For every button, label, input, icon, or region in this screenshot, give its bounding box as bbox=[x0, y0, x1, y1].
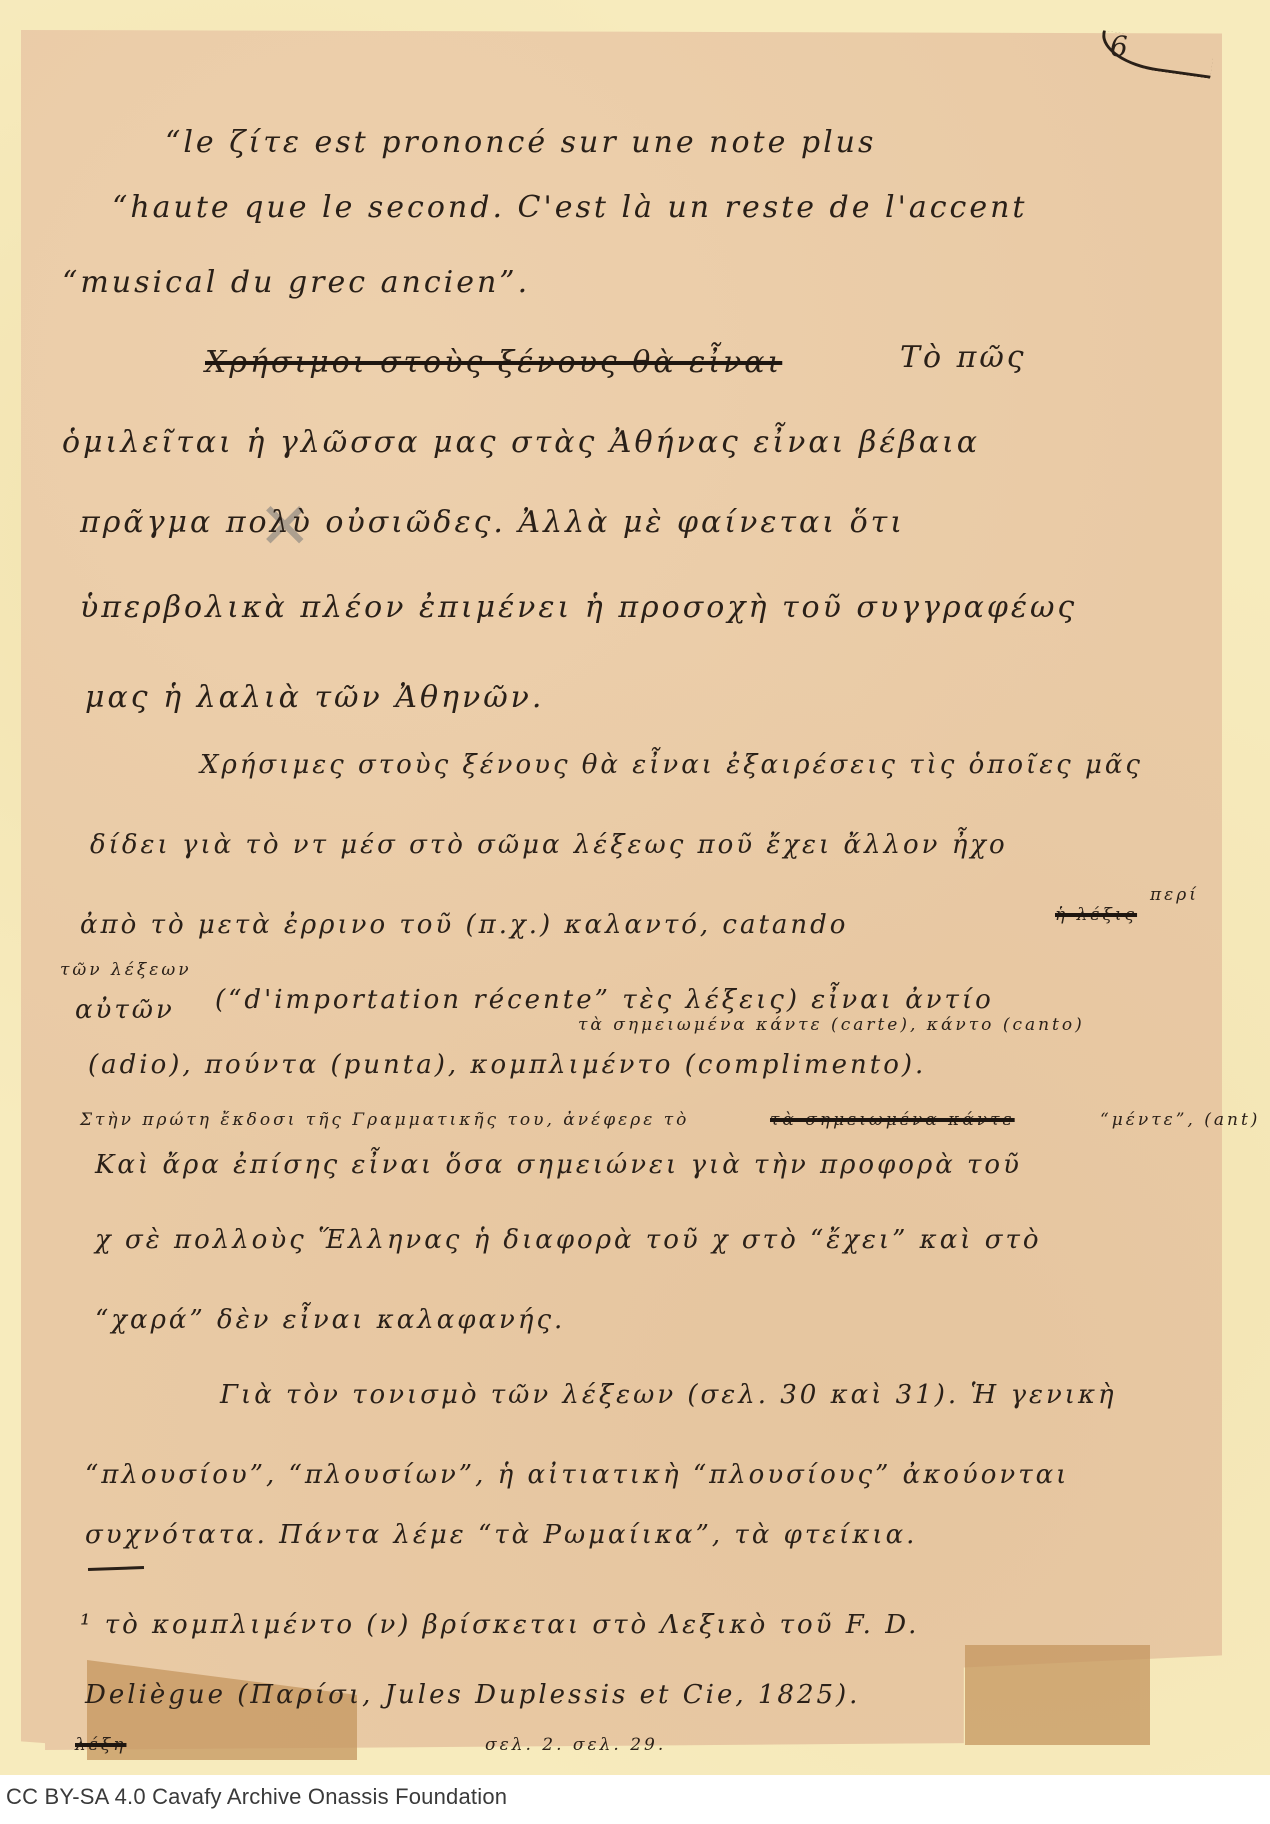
handwritten-line: δίδει γιὰ τὸ ντ μέσ στὸ σῶμα λέξεως ποῦ … bbox=[90, 830, 1008, 860]
handwritten-line: πρᾶγμα πολὺ οὐσιῶδες. Ἀλλὰ μὲ φαίνεται ὅ… bbox=[80, 505, 905, 540]
handwritten-line: τὰ σημειωμένα κάντε (carte), κάντο (cant… bbox=[578, 1015, 1085, 1035]
handwritten-line: μας ἡ λαλιὰ τῶν Ἀθηνῶν. bbox=[85, 680, 544, 715]
struck-text-line: τὰ σημειωμένα κάντε bbox=[770, 1110, 1015, 1130]
handwritten-line: ¹ τὸ κομπλιμέντο (ν) βρίσκεται στὸ Λεξικ… bbox=[80, 1610, 919, 1640]
handwritten-line: “haute que le second. C'est là un reste … bbox=[112, 190, 1027, 225]
handwritten-line: ἀπὸ τὸ μετὰ ἐρρινο τοῦ (π.χ.) καλαντό, c… bbox=[80, 910, 848, 940]
handwritten-line: περί bbox=[1150, 885, 1199, 905]
handwritten-line: Deliègue (Παρίσι, Jules Duplessis et Cie… bbox=[85, 1680, 860, 1710]
handwritten-line: “le ζίτε est prononcé sur une note plus bbox=[165, 125, 876, 160]
tape-strip-right bbox=[965, 1645, 1150, 1745]
handwritten-line: χ σὲ πολλοὺς Ἕλληνας ἡ διαφορὰ τοῦ χ στὸ… bbox=[95, 1225, 1042, 1255]
handwritten-line: (“d'importation récente” τὲς λέξεις) εἶν… bbox=[215, 985, 994, 1015]
scan-backing: 6 ✕ “le ζίτε est prononcé sur une note p… bbox=[0, 0, 1270, 1775]
struck-text-line: ἡ λέξις bbox=[1055, 905, 1137, 925]
struck-text-line: Χρήσιμοι στοὺς ξένους θὰ εἶναι bbox=[205, 345, 782, 380]
handwritten-line: τῶν λέξεων bbox=[60, 960, 192, 980]
handwritten-line: (adio), πούντα (punta), κομπλιμέντο (com… bbox=[88, 1050, 926, 1080]
handwritten-line: ὁμιλεῖται ἡ γλῶσσα μας στὰς Ἀθήνας εἶναι… bbox=[62, 425, 980, 460]
page-number: 6 bbox=[1110, 30, 1128, 63]
handwritten-line: “πλουσίου”, “πλουσίων”, ἡ αἰτιατικὴ “πλο… bbox=[85, 1460, 1069, 1490]
handwritten-line: Τὸ πῶς bbox=[900, 340, 1027, 375]
handwritten-line: Χρήσιμες στοὺς ξένους θὰ εἶναι ἐξαιρέσει… bbox=[200, 750, 1143, 780]
handwritten-line: Γιὰ τὸν τονισμὸ τῶν λέξεων (σελ. 30 καὶ … bbox=[220, 1380, 1117, 1410]
struck-text-line: λέξη bbox=[75, 1735, 126, 1755]
license-credit: CC BY-SA 4.0 Cavafy Archive Onassis Foun… bbox=[6, 1784, 507, 1810]
handwritten-line: Στὴν πρώτη ἔκδοσι τῆς Γραμματικῆς του, ἀ… bbox=[80, 1110, 689, 1130]
handwritten-line: αὐτῶν bbox=[75, 995, 175, 1025]
handwritten-line: “musical du grec ancien”. bbox=[62, 265, 530, 300]
handwritten-line: “χαρά” δὲν εἶναι καλαφανής. bbox=[95, 1305, 565, 1335]
handwritten-line: σελ. 2. σελ. 29. bbox=[485, 1735, 666, 1755]
handwritten-line: Καὶ ἄρα ἐπίσης εἶναι ὅσα σημειώνει γιὰ τ… bbox=[95, 1150, 1022, 1180]
handwritten-line: συχνότατα. Πάντα λέμε “τὰ Ρωμαίικα”, τὰ … bbox=[85, 1520, 917, 1550]
handwritten-line: ὑπερβολικὰ πλέον ἐπιμένει ἡ προσοχὴ τοῦ … bbox=[80, 590, 1077, 625]
handwritten-line: “μέντε”, (ant) bbox=[1100, 1110, 1260, 1130]
